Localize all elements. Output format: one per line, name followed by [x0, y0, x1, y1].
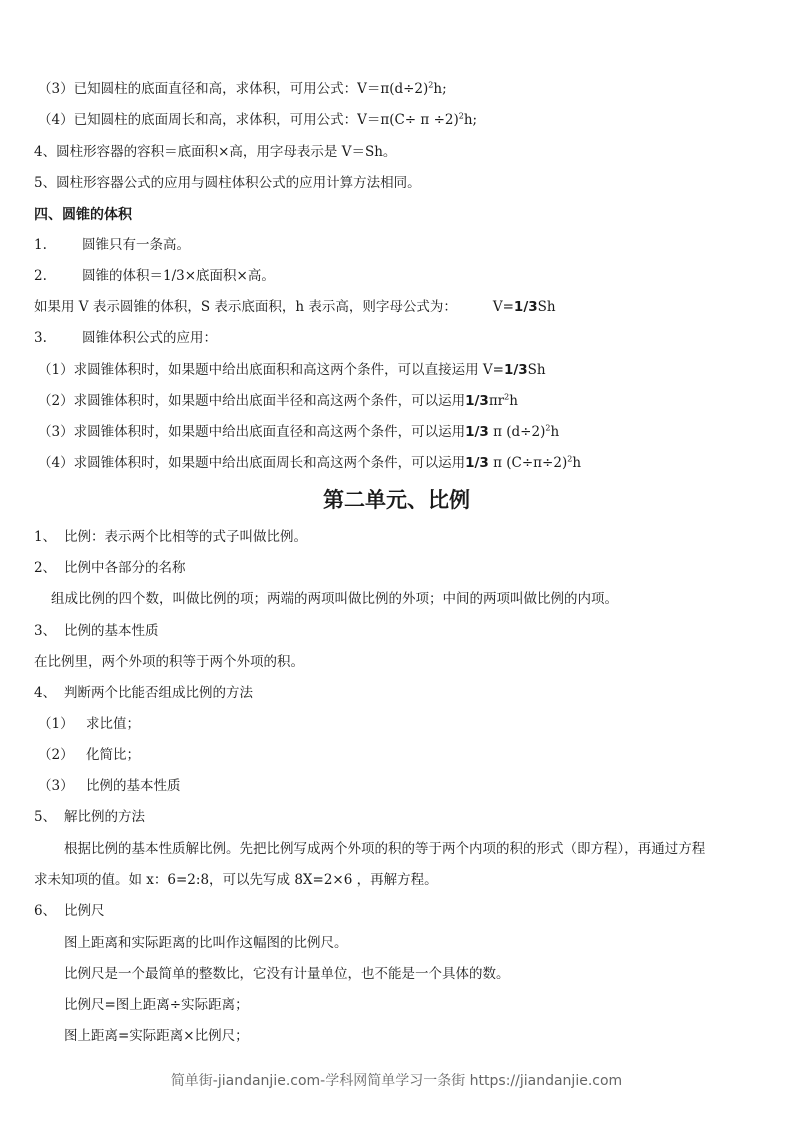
list-number: 6、: [34, 902, 64, 920]
scale-line-2: 比例尺是一个最简单的整数比，它没有计量单位，也不能是一个具体的数。: [64, 965, 510, 983]
formula-fraction: 1/3: [504, 362, 528, 378]
text: 比例的基本性质: [86, 778, 181, 794]
text: 解比例的方法: [64, 809, 145, 825]
scale-line-4: 图上距离=实际距离×比例尺；: [64, 1027, 249, 1045]
text: 判断两个比能否组成比例的方法: [64, 685, 253, 701]
formula: h: [509, 393, 518, 409]
list-number: （1）: [38, 715, 86, 733]
text: 比例：表示两个比相等的式子叫做比例。: [64, 529, 307, 545]
text: （3）已知圆柱的底面直径和高，求体积，可用公式：V＝π(d÷2): [38, 81, 428, 97]
formula-fraction: 1/3: [514, 299, 538, 315]
formula: πr: [489, 393, 504, 409]
ratio-section-3-body: 在比例里，两个外项的积等于两个外项的积。: [34, 653, 304, 671]
text: 化简比；: [86, 747, 140, 763]
ratio-section-5-body-1: 根据比例的基本性质解比例。先把比例写成两个外项的积的等于两个内项的积的形式（即方…: [64, 840, 705, 858]
text: h;: [464, 112, 477, 128]
text: 如果用 V 表示圆锥的体积，S 表示底面积，h 表示高，则字母公式为：: [34, 299, 457, 315]
formula: π (C÷π÷2): [489, 455, 567, 471]
cone-application-2: （2）求圆锥体积时，如果题中给出底面半径和高这两个条件，可以运用1/3πr2h: [38, 392, 518, 410]
list-number: 2、: [34, 559, 64, 577]
list-number: 3.: [34, 329, 82, 347]
formula: h: [550, 424, 559, 440]
formula: π (d÷2): [489, 424, 546, 440]
unit-title: 第二单元、比例: [0, 486, 793, 514]
formula: Sh: [528, 362, 546, 378]
text: 圆锥体积公式的应用：: [82, 330, 217, 346]
text: （3）求圆锥体积时，如果题中给出底面直径和高这两个条件，可以运用: [38, 424, 465, 440]
cone-application-3: （3）求圆锥体积时，如果题中给出底面直径和高这两个条件，可以运用1/3 π (d…: [38, 423, 559, 441]
ratio-section-3: 3、比例的基本性质: [34, 622, 159, 640]
page-footer-watermark: 简单街-jiandanjie.com-学科网简单学习一条街 https://ji…: [0, 1070, 793, 1090]
list-number: 5、: [34, 808, 64, 826]
cone-formula-line: 如果用 V 表示圆锥的体积，S 表示底面积，h 表示高，则字母公式为：V=1/3…: [34, 298, 556, 316]
ratio-section-2-body: 组成比例的四个数，叫做比例的项；两端的两项叫做比例的外项；中间的两项叫做比例的内…: [51, 590, 618, 608]
formula-fraction: 1/3: [465, 393, 489, 409]
text: 比例中各部分的名称: [64, 560, 186, 576]
list-number: （2）: [38, 746, 86, 764]
formula: Sh: [538, 299, 556, 315]
formula-fraction: 1/3: [465, 424, 489, 440]
list-number: 1.: [34, 236, 82, 254]
text: 圆锥的体积＝1/3×底面积×高。: [82, 268, 275, 284]
cylinder-point-5: 5、圆柱形容器公式的应用与圆柱体积公式的应用计算方法相同。: [34, 174, 421, 192]
ratio-section-1: 1、比例：表示两个比相等的式子叫做比例。: [34, 528, 307, 546]
cone-application-4: （4）求圆锥体积时，如果题中给出底面周长和高这两个条件，可以运用1/3 π (C…: [38, 454, 581, 472]
text: （2）求圆锥体积时，如果题中给出底面半径和高这两个条件，可以运用: [38, 393, 465, 409]
list-number: 3、: [34, 622, 64, 640]
cone-point-2: 2.圆锥的体积＝1/3×底面积×高。: [34, 267, 275, 285]
formula-fraction: 1/3: [465, 455, 489, 471]
ratio-method-2: （2）化简比；: [38, 746, 140, 764]
scale-line-1: 图上距离和实际距离的比叫作这幅图的比例尺。: [64, 934, 348, 952]
cylinder-point-4: 4、圆柱形容器的容积＝底面积×高，用字母表示是 V＝Sh。: [34, 143, 396, 161]
ratio-section-2: 2、比例中各部分的名称: [34, 559, 186, 577]
ratio-method-3: （3）比例的基本性质: [38, 777, 181, 795]
scale-line-3: 比例尺=图上距离÷实际距离；: [64, 996, 249, 1014]
text: 圆锥只有一条高。: [82, 237, 190, 253]
cylinder-item-3: （3）已知圆柱的底面直径和高，求体积，可用公式：V＝π(d÷2)2h;: [38, 80, 447, 98]
text: （4）求圆锥体积时，如果题中给出底面周长和高这两个条件，可以运用: [38, 455, 465, 471]
text: 比例的基本性质: [64, 623, 159, 639]
list-number: 4、: [34, 684, 64, 702]
cone-application-1: （1）求圆锥体积时，如果题中给出底面积和高这两个条件，可以直接运用 V=1/3S…: [38, 361, 546, 379]
formula: h: [572, 455, 581, 471]
text: （1）求圆锥体积时，如果题中给出底面积和高这两个条件，可以直接运用 V=: [38, 362, 504, 378]
text: （4）已知圆柱的底面周长和高，求体积，可用公式：V＝π(C÷ π ÷2): [38, 112, 459, 128]
section-heading-cone: 四、圆锥的体积: [34, 206, 132, 224]
list-number: 1、: [34, 528, 64, 546]
ratio-method-1: （1）求比值；: [38, 715, 140, 733]
cone-point-3: 3.圆锥体积公式的应用：: [34, 329, 217, 347]
text: h;: [433, 81, 446, 97]
list-number: （3）: [38, 777, 86, 795]
ratio-section-5-body-2: 求未知项的值。如 x：6=2:8，可以先写成 8X=2×6 ，再解方程。: [34, 871, 438, 889]
ratio-section-5: 5、解比例的方法: [34, 808, 145, 826]
formula: V=: [493, 299, 514, 315]
cone-point-1: 1.圆锥只有一条高。: [34, 236, 190, 254]
text: 求比值；: [86, 716, 140, 732]
ratio-section-6: 6、比例尺: [34, 902, 105, 920]
cylinder-item-4: （4）已知圆柱的底面周长和高，求体积，可用公式：V＝π(C÷ π ÷2)2h;: [38, 111, 477, 129]
text: 比例尺: [64, 903, 105, 919]
ratio-section-4: 4、判断两个比能否组成比例的方法: [34, 684, 253, 702]
list-number: 2.: [34, 267, 82, 285]
